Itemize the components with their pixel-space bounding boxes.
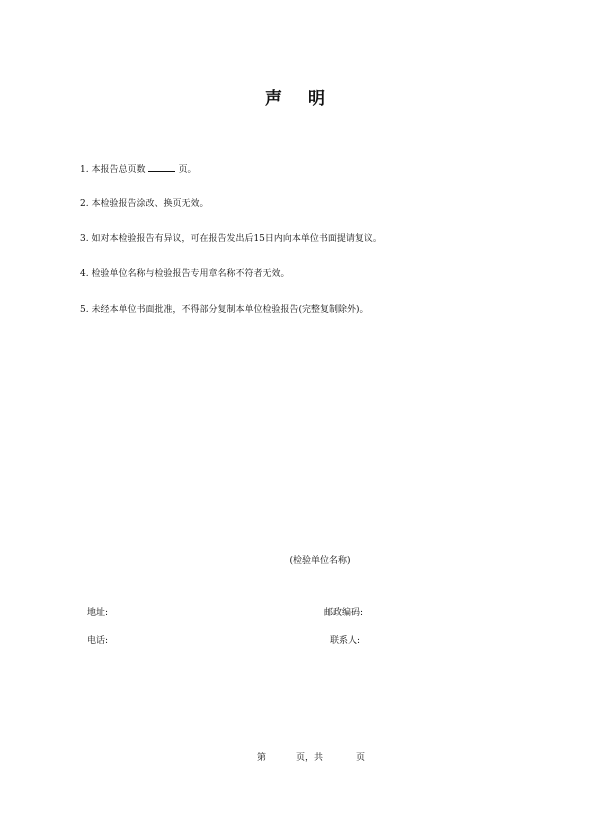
phone-label: 电话: (87, 635, 108, 647)
contact-person-label: 联系人: (330, 635, 360, 647)
address-label: 地址: (87, 607, 108, 619)
footer-page-suffix: 页 (356, 750, 365, 763)
organization-name-placeholder: (检验单位名称) (0, 553, 590, 566)
document-page: 声 明 1. 本报告总页数页。 2. 本检验报告涂改、换页无效。 3. 如对本检… (0, 0, 590, 835)
page-count-blank (148, 162, 175, 172)
postal-code-label: 邮政编码: (324, 607, 363, 619)
clause-1-suffix: 页。 (178, 165, 196, 175)
footer-page-middle: 页，共 (296, 750, 323, 763)
clause-2: 2. 本检验报告涂改、换页无效。 (80, 198, 208, 210)
clause-4: 4. 检验单位名称与检验报告专用章名称不符者无效。 (80, 268, 289, 280)
page-title: 声 明 (0, 84, 590, 109)
clause-3: 3. 如对本检验报告有异议，可在报告发出后15日内向本单位书面提请复议。 (80, 233, 382, 245)
clause-1-prefix: 1. 本报告总页数 (80, 165, 145, 175)
clause-1: 1. 本报告总页数页。 (80, 162, 196, 176)
footer-page-prefix: 第 (257, 750, 266, 763)
clause-5: 5. 未经本单位书面批准，不得部分复制本单位检验报告(完整复制除外)。 (80, 304, 368, 316)
